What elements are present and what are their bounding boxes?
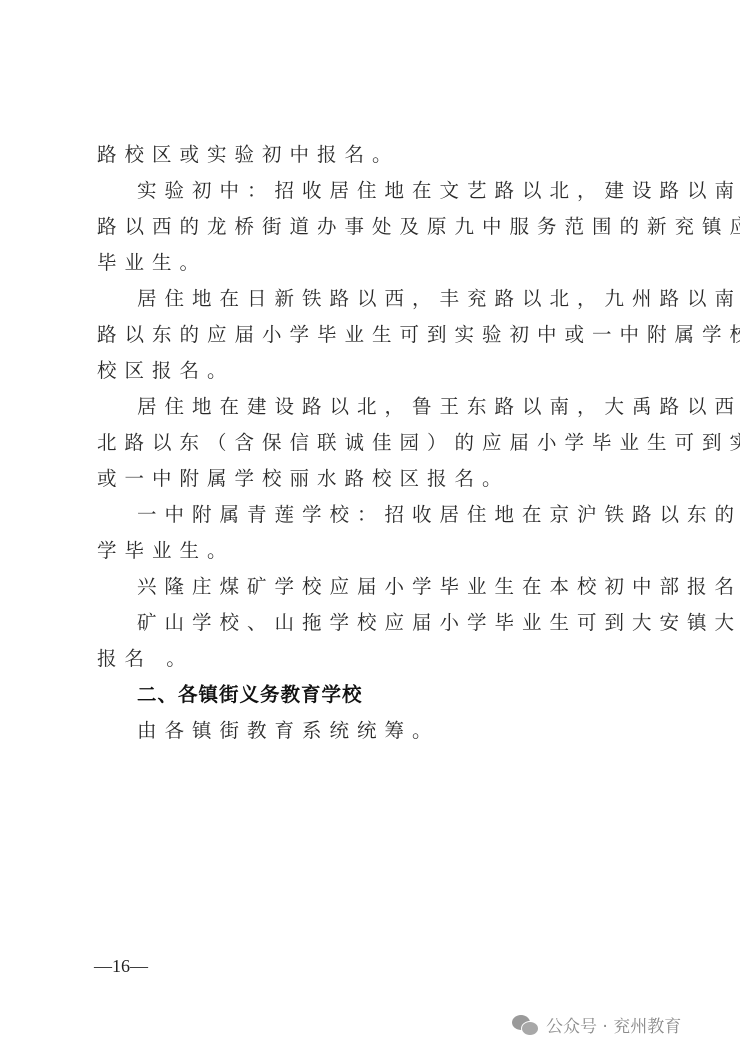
text-line: 一中附属青莲学校：招收居住地在京沪铁路以东的应届小 — [137, 503, 740, 527]
text-line: 路以东的应届小学毕业生可到实验初中或一中附属学校扬州路 — [97, 323, 740, 347]
text-line: 居住地在建设路以北，鲁王东路以南，大禹路以西及荆州 — [137, 395, 740, 419]
text-line: 学毕业生。 — [97, 539, 235, 563]
text-line: 毕业生。 — [97, 251, 207, 275]
watermark: 公众号 · 兖州教育 — [510, 1012, 681, 1037]
text-line: 或一中附属学校丽水路校区报名。 — [97, 467, 510, 491]
text-line: 北路以东（含保信联诚佳园）的应届小学毕业生可到实验初中 — [97, 431, 740, 455]
text-line: 由各镇街教育系统统筹。 — [137, 719, 440, 743]
section-heading: 二、各镇街义务教育学校 — [137, 683, 363, 707]
text-line: 报名 。 — [97, 647, 194, 671]
watermark-text: 公众号 · 兖州教育 — [546, 1012, 681, 1037]
text-line: 实验初中：招收居住地在文艺路以北，建设路以南，大禹 — [137, 179, 740, 203]
page-number: —16— — [94, 956, 148, 977]
document-page: 路校区或实验初中报名。 实验初中：招收居住地在文艺路以北，建设路以南，大禹 路以… — [0, 0, 740, 1053]
text-line: 校区报名。 — [97, 359, 235, 383]
text-line: 路校区或实验初中报名。 — [97, 143, 400, 167]
text-line: 兴隆庄煤矿学校应届小学毕业生在本校初中部报名。 — [137, 575, 740, 599]
text-line: 矿山学校、山拖学校应届小学毕业生可到大安镇大安中学 — [137, 611, 740, 635]
wechat-icon — [510, 1013, 540, 1037]
text-line: 路以西的龙桥街道办事处及原九中服务范围的新兖镇应届小学 — [97, 215, 740, 239]
text-line: 居住地在日新铁路以西，丰兖路以北，九州路以南，大禹 — [137, 287, 740, 311]
